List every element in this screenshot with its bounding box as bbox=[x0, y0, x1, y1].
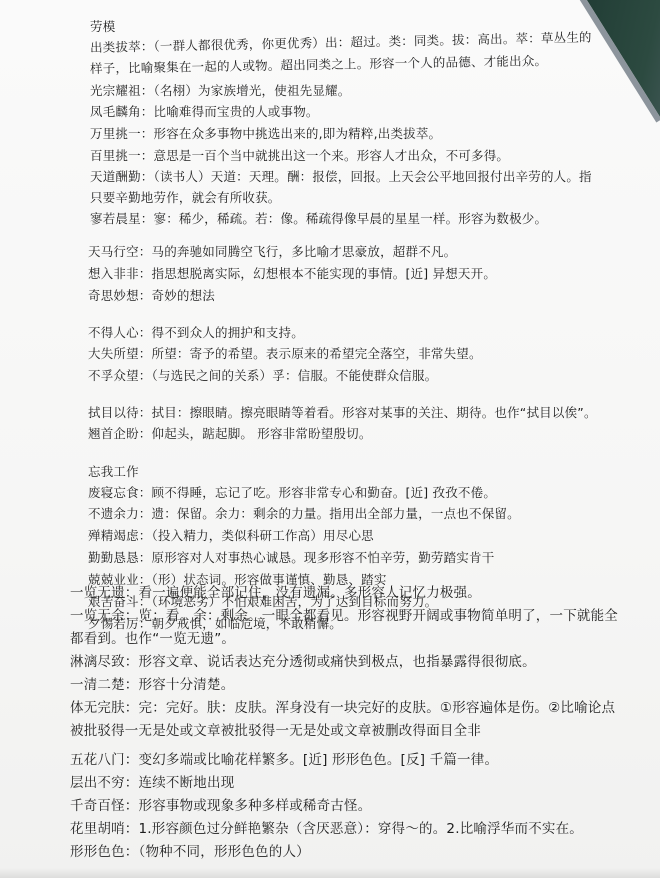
text-line: 拭目以待：拭目：擦眼睛。擦亮眼睛等着看。形容对某事的关注、期待。也作“拭目以俟”… bbox=[88, 403, 597, 421]
text-line: 只要辛勤地劳作，就会有所收获。 bbox=[90, 188, 281, 206]
text-line: 花里胡哨：1.形容颜色过分鲜艳繁杂（含厌恶意）：穿得～的。2.比喻浮华而不实在。 bbox=[70, 817, 583, 837]
text-line: 一览无遗：看一遍便能全部记住，没有遗漏。多形容人记忆力极强。 bbox=[70, 581, 481, 601]
text-line: 不遗余力：遗：保留。余力：剩余的力量。指用出全部力量，一点也不保留。 bbox=[88, 504, 520, 522]
text-line: 奇思妙想：奇妙的想法 bbox=[88, 286, 215, 304]
text-line: 一览无余：览：看。余：剩余。一眼全都看见。形容视野开阔或事物简单明了，一下就能全 bbox=[70, 604, 618, 624]
text-line: 样子，比喻聚集在一起的人或物。超出同类之上。形容一个人的品德、才能出众。 bbox=[90, 51, 547, 77]
text-line: 淋漓尽致：形容文章、说话表达充分透彻或痛快到极点，也指暴露得很彻底。 bbox=[70, 650, 536, 670]
background-surface bbox=[566, 0, 660, 123]
text-line: 体无完肤：完：完好。肤：皮肤。浑身没有一块完好的皮肤。①形容遍体是伤。②比喻论点 bbox=[70, 696, 615, 716]
text-line: 形形色色：（物种不同，形形色色的人） bbox=[70, 840, 310, 860]
text-line: 被批驳得一无是处或文章被批驳得一无是处或文章被删改得面目全非 bbox=[70, 719, 481, 739]
text-line: 凤毛麟角：比喻难得而宝贵的人或事物。 bbox=[90, 102, 319, 120]
text-line: 光宗耀祖：（名栩）为家族增光，使祖先显耀。 bbox=[90, 81, 350, 99]
text-line: 废寝忘食：顾不得睡，忘记了吃。形容非常专心和勤奋。[近] 孜孜不倦。 bbox=[88, 483, 496, 501]
text-line: 天马行空：马的奔驰如同腾空飞行，多比喻才思豪放，超群不凡。 bbox=[88, 242, 456, 260]
text-line: 不孚众望：（与选民之间的关系）孚：信服。不能使群众信服。 bbox=[88, 366, 437, 384]
text-line: 都看到。也作“一览无遗”。 bbox=[70, 627, 235, 647]
text-line: 层出不穷：连续不断地出现 bbox=[70, 771, 234, 791]
text-line: 翘首企盼：仰起头，踮起脚。 形容非常盼望殷切。 bbox=[88, 424, 372, 442]
text-line: 千奇百怪：形容事物或现象多种多样或稀奇古怪。 bbox=[70, 794, 371, 814]
text-line: 百里挑一：意思是一百个当中就挑出这一个来。形容人才出众，不可多得。 bbox=[90, 146, 509, 164]
text-line: 大失所望：所望：寄予的希望。表示原来的希望完全落空，非常失望。 bbox=[88, 344, 482, 362]
text-line: 不得人心：得不到众人的拥护和支持。 bbox=[88, 323, 304, 341]
text-line: 五花八门：变幻多端或比喻花样繁多。[近] 形形色色。[反] 千篇一律。 bbox=[70, 748, 498, 768]
text-line: 寥若晨星：寥：稀少，稀疏。若：像。稀疏得像早晨的星星一样。形容为数极少。 bbox=[90, 209, 547, 227]
text-line: 一清二楚：形容十分清楚。 bbox=[70, 673, 234, 693]
section-heading: 劳模 bbox=[90, 17, 115, 35]
document-page: 劳模 出类拔萃：（一群人都很优秀，你更优秀）出：超过。类：同类。拔：高出。萃：草… bbox=[0, 0, 660, 878]
page-shadow bbox=[0, 868, 660, 878]
text-line: 想入非非：指思想脱离实际，幻想根本不能实现的事情。[近] 异想天开。 bbox=[88, 264, 496, 282]
text-line: 万里挑一：形容在众多事物中挑选出来的,即为精粹,出类拔萃。 bbox=[90, 124, 441, 142]
text-line: 勤勤恳恳：原形容对人对事热心诚恳。现多形容不怕辛劳，勤劳踏实肯干 bbox=[88, 548, 494, 566]
text-line: 殚精竭虑：（投入精力，类似科研工作高）用尽心思 bbox=[88, 526, 374, 544]
section-heading: 忘我工作 bbox=[88, 462, 139, 480]
text-line: 天道酬勤：（读书人）天道：天理。酬：报偿，回报。上天会公平地回报付出辛劳的人。指 bbox=[90, 167, 592, 185]
